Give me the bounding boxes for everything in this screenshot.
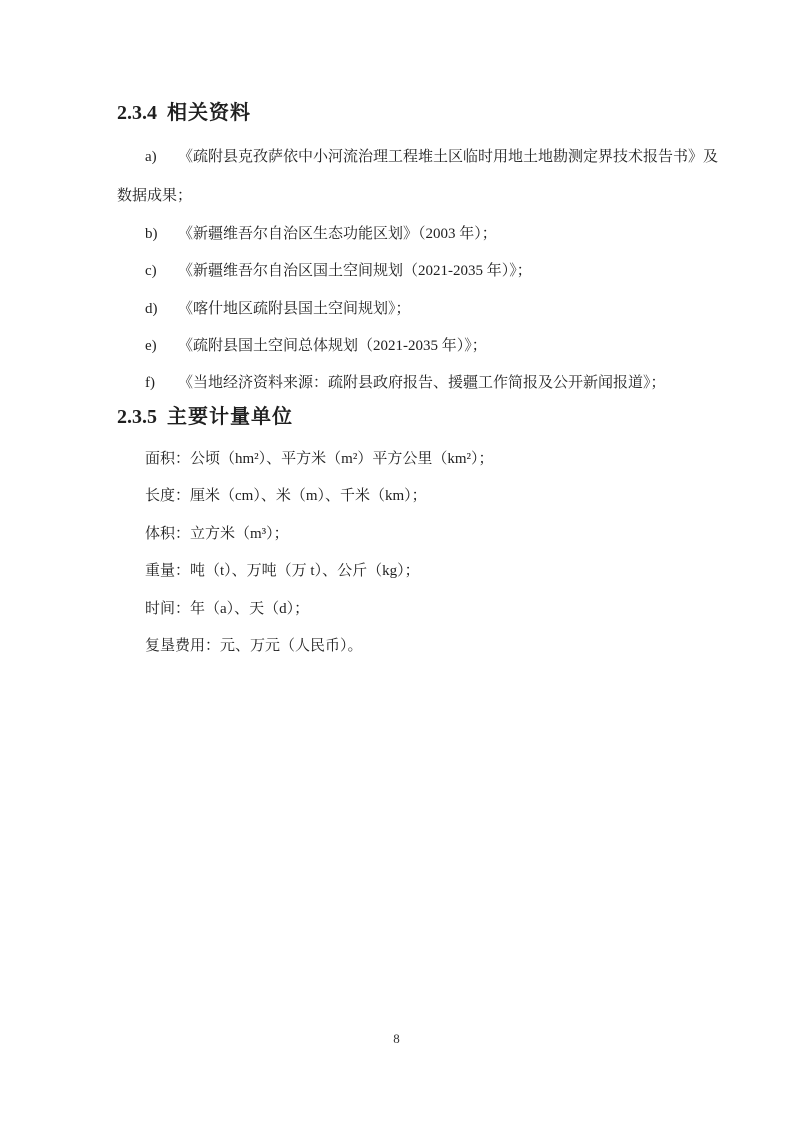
section-number: 2.3.4 xyxy=(117,102,157,124)
unit-line-length: 长度：厘米（cm）、米（m）、千米（km）； xyxy=(145,486,427,506)
list-item-a-continuation: 数据成果； xyxy=(117,186,192,206)
list-item-label: f) xyxy=(145,373,178,393)
list-item-f: f)《当地经济资料来源：疏附县政府报告、援疆工作简报及公开新闻报道》； xyxy=(145,373,666,393)
list-item-e: e)《疏附县国土空间总体规划（2021-2035 年）》； xyxy=(145,336,487,356)
list-item-text: 《新疆维吾尔自治区国土空间规划（2021-2035 年）》； xyxy=(178,263,532,279)
section-number: 2.3.5 xyxy=(117,406,157,428)
unit-line-weight: 重量：吨（t）、万吨（万 t）、公斤（kg）； xyxy=(145,561,420,581)
section-title: 相关资料 xyxy=(167,102,251,124)
section-heading-2-3-4: 2.3.4相关资料 xyxy=(117,100,251,126)
list-item-c: c)《新疆维吾尔自治区国土空间规划（2021-2035 年）》； xyxy=(145,261,532,281)
unit-line-time: 时间：年（a）、天（d）； xyxy=(145,599,309,619)
list-item-d: d)《喀什地区疏附县国土空间规划》； xyxy=(145,299,411,319)
list-item-b: b)《新疆维吾尔自治区生态功能区划》（2003 年）； xyxy=(145,224,497,244)
list-item-text: 《疏附县国土空间总体规划（2021-2035 年）》； xyxy=(178,338,487,354)
list-item-label: d) xyxy=(145,299,178,319)
list-item-a: a)《疏附县克孜萨依中小河流治理工程堆土区临时用地土地勘测定界技术报告书》及 xyxy=(145,147,718,167)
section-heading-2-3-5: 2.3.5主要计量单位 xyxy=(117,404,293,430)
unit-line-area: 面积：公顷（hm²）、平方米（m²）平方公里（km²）； xyxy=(145,449,494,469)
list-item-label: c) xyxy=(145,261,178,281)
list-item-label: e) xyxy=(145,336,178,356)
list-item-label: a) xyxy=(145,147,178,167)
list-item-text: 《疏附县克孜萨依中小河流治理工程堆土区临时用地土地勘测定界技术报告书》及 xyxy=(178,149,718,165)
unit-line-volume: 体积：立方米（m³）； xyxy=(145,524,289,544)
list-item-label: b) xyxy=(145,224,178,244)
section-title: 主要计量单位 xyxy=(167,406,293,428)
list-item-text: 《喀什地区疏附县国土空间规划》； xyxy=(178,301,411,317)
document-page: 2.3.4相关资料 a)《疏附县克孜萨依中小河流治理工程堆土区临时用地土地勘测定… xyxy=(0,0,793,1121)
list-item-text: 《新疆维吾尔自治区生态功能区划》（2003 年）； xyxy=(178,226,497,242)
page-number: 8 xyxy=(0,1031,793,1047)
list-item-text: 《当地经济资料来源：疏附县政府报告、援疆工作简报及公开新闻报道》； xyxy=(178,375,666,391)
unit-line-cost: 复垦费用：元、万元（人民币）。 xyxy=(145,636,363,656)
